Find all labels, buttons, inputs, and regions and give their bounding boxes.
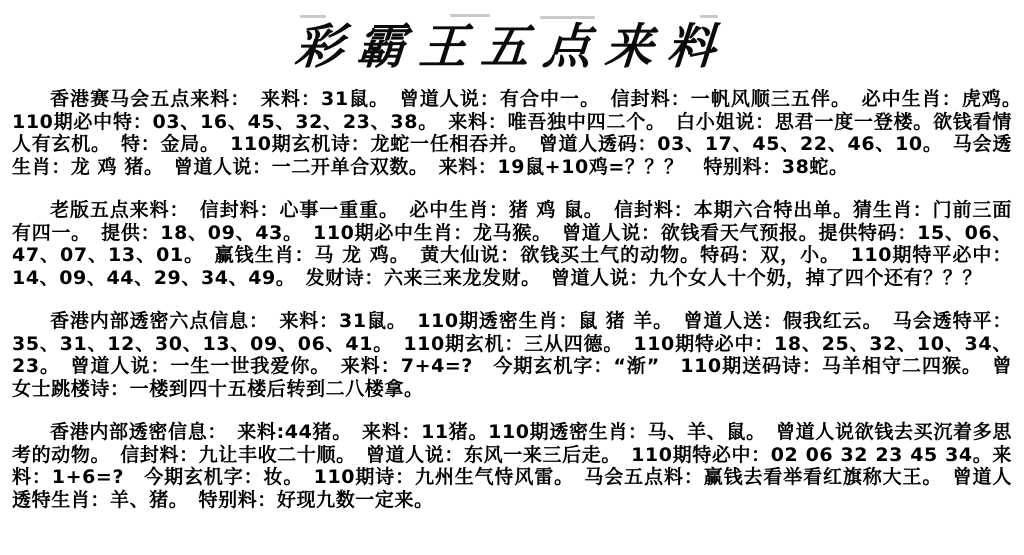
tip-sheet: 彩霸王五点来料 香港赛马会五点来料： 来料：31鼠。 曾道人说：有合中一。 信封…	[0, 16, 1024, 511]
paragraph-hk-jockey-club-five-point: 香港赛马会五点来料： 来料：31鼠。 曾道人说：有合中一。 信封料：一帆风顺三五…	[12, 88, 1012, 178]
paragraph-hk-insider-info: 香港内部透密信息： 来料:44猪。 来料：11猪。110期透密生肖：马、羊、鼠。…	[12, 421, 1012, 511]
paragraph-old-version-five-point: 老版五点来料： 信封料：心事一重重。 必中生肖：猪 鸡 鼠。 信封料：本期六合特…	[12, 199, 1012, 289]
paragraph-hk-insider-six-point-info: 香港内部透密六点信息： 来料：31鼠。 110期透密生肖：鼠 猪 羊。 曾道人送…	[12, 310, 1012, 400]
sheet-title: 彩霸王五点来料	[8, 16, 1016, 78]
